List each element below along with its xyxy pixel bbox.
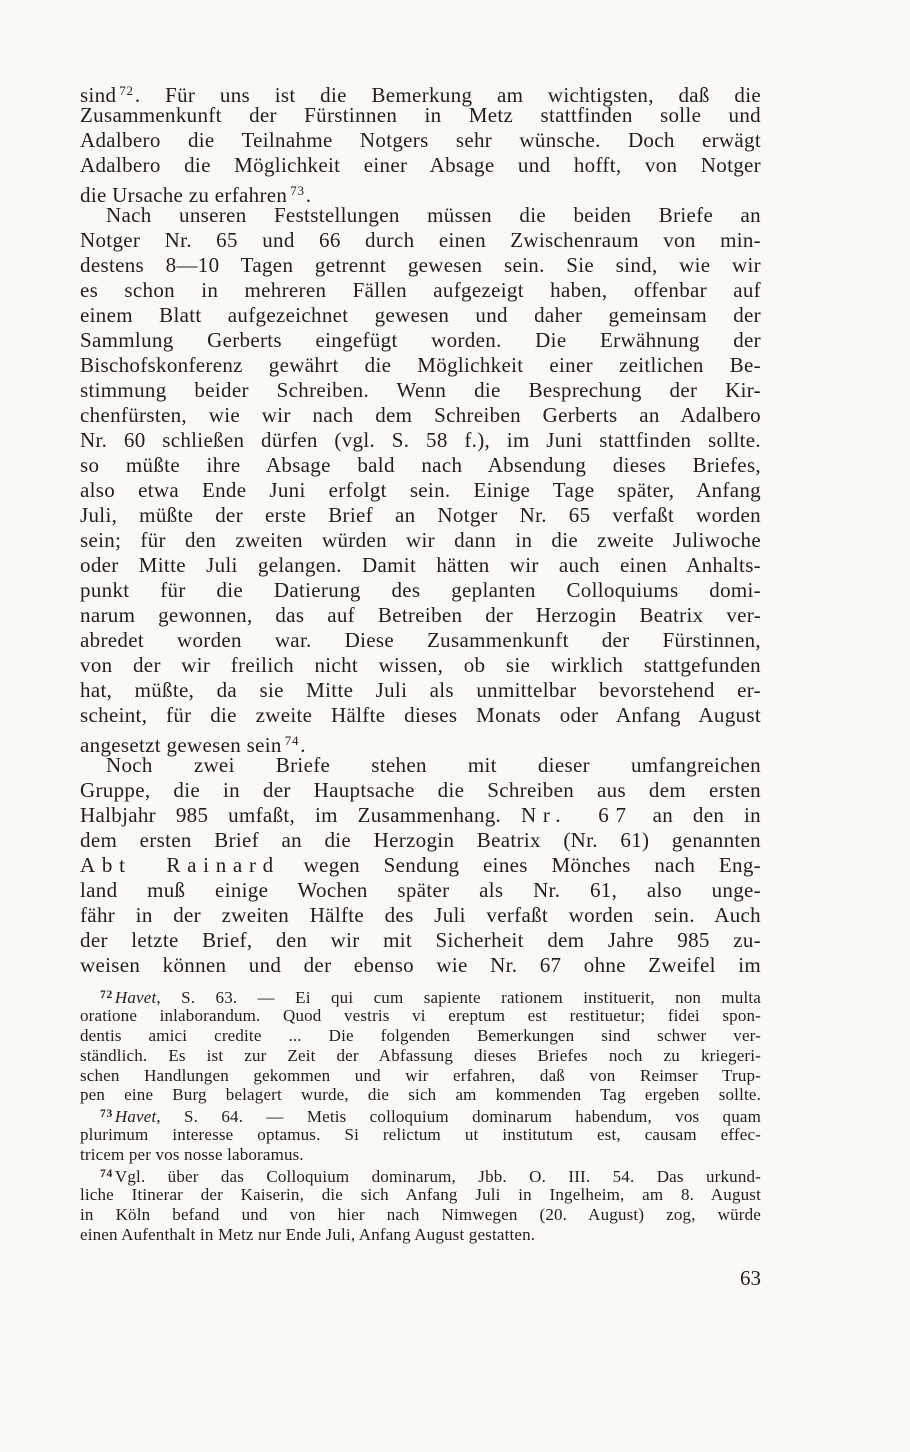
text-line: es schon in mehreren Fällen aufgezeigt h… bbox=[80, 278, 761, 303]
text-line: der letzte Brief, den wir mit Sicherheit… bbox=[80, 928, 761, 953]
text-segment: Nr. 67 bbox=[521, 803, 633, 827]
text-line: Nach unseren Feststellungen müssen die b… bbox=[80, 203, 761, 228]
text-segment: einem Blatt aufgezeichnet gewesen und da… bbox=[80, 303, 761, 327]
text-segment: pen eine Burg belagert wurde, die sich a… bbox=[80, 1085, 761, 1104]
page-number: 63 bbox=[80, 1266, 761, 1291]
text-segment: es schon in mehreren Fällen aufgezeigt h… bbox=[80, 278, 761, 302]
text-segment: hat, müßte, da sie Mitte Juli als unmitt… bbox=[80, 678, 761, 702]
text-segment: Gruppe, die in der Hauptsache die Schrei… bbox=[80, 778, 761, 802]
text-segment: Adalbero die Möglichkeit einer Absage un… bbox=[80, 153, 761, 177]
text-line: 74Vgl. über das Colloquium dominarum, Jb… bbox=[80, 1165, 761, 1185]
footnotes: 72Havet, S. 63. — Ei qui cum sapiente ra… bbox=[80, 986, 761, 1245]
text-segment: an den in bbox=[633, 803, 761, 827]
text-line: 72Havet, S. 63. — Ei qui cum sapiente ra… bbox=[80, 986, 761, 1006]
text-segment: fähr in der zweiten Hälfte des Juli verf… bbox=[80, 903, 761, 927]
book-page: sind72. Für uns ist die Bemerkung am wic… bbox=[0, 0, 910, 1452]
text-segment: , S. 64. — Metis colloquium dominarum ha… bbox=[156, 1107, 761, 1126]
text-segment: oratione inlaborandum. Quod vestris vi e… bbox=[80, 1006, 761, 1025]
text-line: destens 8—10 Tagen getrennt gewesen sein… bbox=[80, 253, 761, 278]
text-segment: Juli, müßte der erste Brief an Notger Nr… bbox=[80, 503, 761, 527]
text-segment: von der wir freilich nicht wissen, ob si… bbox=[80, 653, 761, 677]
footnote-ref: 73 bbox=[290, 183, 305, 198]
footnote-ref: 72 bbox=[100, 989, 113, 1001]
text-line: sind72. Für uns ist die Bemerkung am wic… bbox=[80, 78, 761, 103]
text-line: dentis amici credite ... Die folgenden B… bbox=[80, 1026, 761, 1046]
text-line: sein; für den zweiten würden wir dann in… bbox=[80, 528, 761, 553]
text-line: Juli, müßte der erste Brief an Notger Nr… bbox=[80, 503, 761, 528]
text-segment: weisen können und der ebenso wie Nr. 67 … bbox=[80, 953, 761, 977]
text-line: hat, müßte, da sie Mitte Juli als unmitt… bbox=[80, 678, 761, 703]
text-segment: Noch zwei Briefe stehen mit dieser umfan… bbox=[106, 753, 761, 777]
text-segment: so müßte ihre Absage bald nach Absendung… bbox=[80, 453, 761, 477]
text-line: Notger Nr. 65 und 66 durch einen Zwische… bbox=[80, 228, 761, 253]
text-segment: Nr. 60 schließen dürfen (vgl. S. 58 f.),… bbox=[80, 428, 761, 452]
text-line: oder Mitte Juli gelangen. Damit hätten w… bbox=[80, 553, 761, 578]
text-line: Bischofskonferenz gewährt die Möglichkei… bbox=[80, 353, 761, 378]
text-line: die Ursache zu erfahren73. bbox=[80, 178, 761, 203]
body-text: sind72. Für uns ist die Bemerkung am wic… bbox=[80, 78, 761, 978]
text-line: land muß einige Wochen später als Nr. 61… bbox=[80, 878, 761, 903]
text-segment: Nach unseren Feststellungen müssen die b… bbox=[106, 203, 761, 227]
text-line: angesetzt gewesen sein74. bbox=[80, 728, 761, 753]
text-segment: chenfürsten, wie wir nach dem Schreiben … bbox=[80, 403, 761, 427]
text-line: Adalbero die Möglichkeit einer Absage un… bbox=[80, 153, 761, 178]
text-segment: Vgl. über das Colloquium dominarum, Jbb.… bbox=[115, 1167, 761, 1186]
text-line: punkt für die Datierung des geplanten Co… bbox=[80, 578, 761, 603]
footnote-ref: 74 bbox=[100, 1168, 113, 1180]
text-segment: einen Aufenthalt in Metz nur Ende Juli, … bbox=[80, 1225, 535, 1244]
text-line: chenfürsten, wie wir nach dem Schreiben … bbox=[80, 403, 761, 428]
text-segment: der letzte Brief, den wir mit Sicherheit… bbox=[80, 928, 761, 952]
footnote-ref: 73 bbox=[100, 1108, 113, 1120]
text-segment: Notger Nr. 65 und 66 durch einen Zwische… bbox=[80, 228, 761, 252]
text-line: fähr in der zweiten Hälfte des Juli verf… bbox=[80, 903, 761, 928]
text-line: von der wir freilich nicht wissen, ob si… bbox=[80, 653, 761, 678]
text-segment: in Köln befand und von hier nach Nimwege… bbox=[80, 1205, 761, 1224]
text-segment: abredet worden war. Diese Zusammenkunft … bbox=[80, 628, 761, 652]
text-line: schen Handlungen gekommen und wir erfahr… bbox=[80, 1066, 761, 1086]
text-segment: narum gewonnen, das auf Betreiben der He… bbox=[80, 603, 761, 627]
text-segment: tricem per vos nosse laboramus. bbox=[80, 1145, 304, 1164]
text-line: einen Aufenthalt in Metz nur Ende Juli, … bbox=[80, 1225, 761, 1245]
text-segment: Abt Rainard bbox=[80, 853, 280, 877]
text-segment: oder Mitte Juli gelangen. Damit hätten w… bbox=[80, 553, 761, 577]
text-line: oratione inlaborandum. Quod vestris vi e… bbox=[80, 1006, 761, 1026]
text-line: pen eine Burg belagert wurde, die sich a… bbox=[80, 1085, 761, 1105]
text-segment: schen Handlungen gekommen und wir erfahr… bbox=[80, 1066, 761, 1085]
text-segment: punkt für die Datierung des geplanten Co… bbox=[80, 578, 761, 602]
text-segment: destens 8—10 Tagen getrennt gewesen sein… bbox=[80, 253, 761, 277]
text-line: weisen können und der ebenso wie Nr. 67 … bbox=[80, 953, 761, 978]
text-line: liche Itinerar der Kaiserin, die sich An… bbox=[80, 1185, 761, 1205]
text-line: tricem per vos nosse laboramus. bbox=[80, 1145, 761, 1165]
text-line: also etwa Ende Juni erfolgt sein. Einige… bbox=[80, 478, 761, 503]
text-line: abredet worden war. Diese Zusammenkunft … bbox=[80, 628, 761, 653]
text-line: Nr. 60 schließen dürfen (vgl. S. 58 f.),… bbox=[80, 428, 761, 453]
text-line: in Köln befand und von hier nach Nimwege… bbox=[80, 1205, 761, 1225]
text-line: Zusammenkunft der Fürstinnen in Metz sta… bbox=[80, 103, 761, 128]
text-line: 73Havet, S. 64. — Metis colloquium domin… bbox=[80, 1105, 761, 1125]
text-segment: scheint, für die zweite Hälfte dieses Mo… bbox=[80, 703, 761, 727]
text-line: einem Blatt aufgezeichnet gewesen und da… bbox=[80, 303, 761, 328]
text-segment: dentis amici credite ... Die folgenden B… bbox=[80, 1026, 761, 1045]
text-segment: Adalbero die Teilnahme Notgers sehr wüns… bbox=[80, 128, 761, 152]
text-line: Halbjahr 985 umfaßt, im Zusammenhang. Nr… bbox=[80, 803, 761, 828]
text-line: Adalbero die Teilnahme Notgers sehr wüns… bbox=[80, 128, 761, 153]
text-line: Abt Rainard wegen Sendung eines Mönches … bbox=[80, 853, 761, 878]
text-line: Noch zwei Briefe stehen mit dieser umfan… bbox=[80, 753, 761, 778]
text-segment: Sammlung Gerberts eingefügt worden. Die … bbox=[80, 328, 761, 352]
text-line: so müßte ihre Absage bald nach Absendung… bbox=[80, 453, 761, 478]
text-segment: wegen Sendung eines Mönches nach Eng- bbox=[280, 853, 761, 877]
text-segment: sein; für den zweiten würden wir dann in… bbox=[80, 528, 761, 552]
text-line: scheint, für die zweite Hälfte dieses Mo… bbox=[80, 703, 761, 728]
text-segment: stimmung beider Schreiben. Wenn die Besp… bbox=[80, 378, 761, 402]
text-segment: plurimum interesse optamus. Si relictum … bbox=[80, 1125, 761, 1144]
text-line: dem ersten Brief an die Herzogin Beatrix… bbox=[80, 828, 761, 853]
text-segment: also etwa Ende Juni erfolgt sein. Einige… bbox=[80, 478, 761, 502]
text-segment: dem ersten Brief an die Herzogin Beatrix… bbox=[80, 828, 761, 852]
text-line: plurimum interesse optamus. Si relictum … bbox=[80, 1125, 761, 1145]
text-line: Sammlung Gerberts eingefügt worden. Die … bbox=[80, 328, 761, 353]
text-line: stimmung beider Schreiben. Wenn die Besp… bbox=[80, 378, 761, 403]
footnote-ref: 74 bbox=[285, 733, 300, 748]
text-line: narum gewonnen, das auf Betreiben der He… bbox=[80, 603, 761, 628]
text-segment: Havet bbox=[115, 988, 156, 1007]
text-segment: land muß einige Wochen später als Nr. 61… bbox=[80, 878, 761, 902]
text-line: ständlich. Es ist zur Zeit der Abfassung… bbox=[80, 1046, 761, 1066]
text-segment: , S. 63. — Ei qui cum sapiente rationem … bbox=[156, 988, 761, 1007]
text-segment: Halbjahr 985 umfaßt, im Zusammenhang. bbox=[80, 803, 521, 827]
text-line: Gruppe, die in der Hauptsache die Schrei… bbox=[80, 778, 761, 803]
text-segment: ständlich. Es ist zur Zeit der Abfassung… bbox=[80, 1046, 761, 1065]
text-segment: Havet bbox=[115, 1107, 156, 1126]
text-segment: Bischofskonferenz gewährt die Möglichkei… bbox=[80, 353, 761, 377]
footnote-ref: 72 bbox=[119, 83, 134, 98]
text-segment: liche Itinerar der Kaiserin, die sich An… bbox=[80, 1185, 761, 1204]
text-segment: Zusammenkunft der Fürstinnen in Metz sta… bbox=[80, 103, 761, 127]
